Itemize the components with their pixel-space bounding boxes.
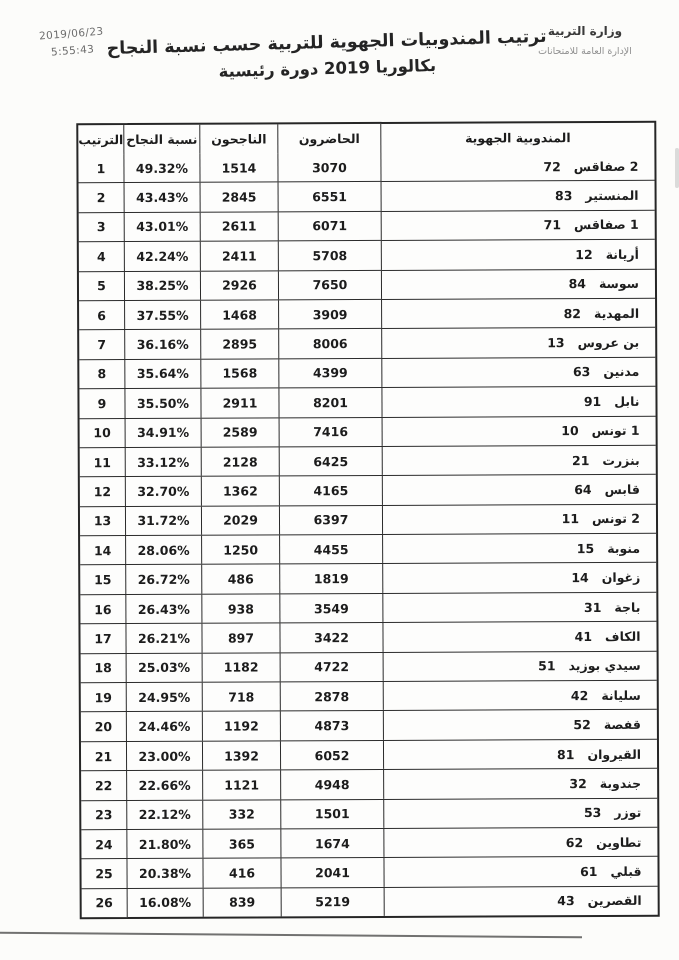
success-rate-cell: 21.80% (126, 830, 202, 859)
present-count-cell: 4165 (279, 476, 382, 505)
header-passed: الناجحون (199, 124, 277, 153)
delegation-code: 63 (573, 364, 590, 379)
present-count-cell: 3909 (278, 300, 381, 329)
table-body: 1 49.32% 1514 3070 72 صفاقس ‎2 2 43.43% … (78, 152, 657, 918)
delegation-name: أريانة (606, 247, 639, 262)
table-row: 13 31.72% 2029 6397 11 تونس ‎2 (80, 503, 656, 535)
delegation-code: 62 (566, 835, 583, 850)
delegation-code: 41 (575, 629, 592, 644)
delegation-cell: 15 منوبة (382, 534, 656, 564)
table-row: 8 35.64% 1568 4399 63 مدنين (79, 356, 655, 388)
delegation-code: 10 (561, 423, 578, 438)
success-rate-cell: 36.16% (124, 330, 200, 359)
rank-cell: 11 (80, 448, 125, 477)
header-delegation: المندوبية الجهوية (380, 123, 654, 153)
success-rate-cell: 35.50% (124, 389, 200, 418)
table-header-row: الترتيب نسبة النجاح الناجحون الحاضرون ال… (78, 123, 654, 155)
present-count-cell: 4722 (280, 653, 383, 682)
present-count-cell: 6052 (280, 741, 383, 770)
delegation-code: 11 (562, 511, 579, 526)
present-count-cell: 4455 (279, 535, 382, 564)
success-rate-cell: 28.06% (125, 536, 201, 565)
delegation-name: سليانة (601, 688, 641, 703)
rank-cell: 22 (81, 771, 126, 800)
present-count-cell: 1501 (280, 800, 383, 829)
present-count-cell: 6071 (278, 212, 381, 241)
table-row: 2 43.43% 2845 6551 83 المنستير (79, 180, 655, 212)
rank-cell: 12 (80, 477, 125, 506)
rank-cell: 14 (80, 536, 125, 565)
passed-count-cell: 1468 (200, 300, 278, 329)
success-rate-cell: 16.08% (127, 888, 203, 917)
rank-cell: 5 (79, 272, 124, 301)
delegation-code: 12 (575, 247, 592, 262)
table-row: 19 24.95% 718 2878 42 سليانة (81, 680, 657, 712)
delegation-name: نابل (614, 394, 639, 409)
passed-count-cell: 416 (202, 859, 280, 888)
table-row: 7 36.16% 2895 8006 13 بن عروس (79, 327, 655, 359)
passed-count-cell: 332 (202, 800, 280, 829)
table-row: 1 49.32% 1514 3070 72 صفاقس ‎2 (78, 152, 654, 183)
delegation-name: الكاف (605, 629, 641, 644)
present-count-cell: 4948 (280, 770, 383, 799)
delegation-name: سوسة (599, 276, 639, 291)
delegation-code: 15 (577, 541, 594, 556)
header-rank: الترتيب (78, 125, 123, 154)
delegation-code: 13 (547, 335, 564, 350)
success-rate-cell: 22.12% (126, 800, 202, 829)
rank-cell: 3 (79, 213, 124, 242)
table-row: 4 42.24% 2411 5708 12 أريانة (79, 239, 655, 271)
success-rate-cell: 35.64% (124, 359, 200, 388)
delegation-cell: 21 بنزرت (382, 446, 656, 476)
passed-count-cell: 1568 (200, 359, 278, 388)
delegation-code: 53 (584, 805, 601, 820)
rank-cell: 24 (81, 830, 126, 859)
passed-count-cell: 718 (202, 682, 280, 711)
present-count-cell: 1674 (280, 829, 383, 858)
passed-count-cell: 1514 (199, 153, 277, 182)
delegation-cell: 53 توزر (383, 798, 657, 828)
delegation-code: 42 (571, 688, 588, 703)
delegation-cell: 32 جندوبة (383, 769, 657, 799)
delegation-cell: 83 المنستير (381, 181, 655, 211)
rank-cell: 9 (79, 389, 124, 418)
rank-cell: 15 (80, 566, 125, 595)
table-row: 20 24.46% 1192 4873 52 قفصة (81, 709, 657, 741)
delegation-cell: 31 باجة (382, 593, 656, 623)
delegation-name: بن عروس (578, 335, 640, 350)
delegation-name: صفاقس ‎2 (574, 159, 639, 174)
table-row: 16 26.43% 938 3549 31 باجة (80, 592, 656, 624)
scan-artifact-line (0, 932, 582, 939)
passed-count-cell: 1121 (202, 771, 280, 800)
delegation-cell: 13 بن عروس (381, 328, 655, 358)
delegation-name: تونس ‎1 (592, 423, 640, 438)
delegation-cell: 41 الكاف (382, 622, 656, 652)
present-count-cell: 8201 (278, 388, 381, 417)
delegation-name: قفصة (604, 717, 641, 732)
delegation-code: 32 (569, 776, 586, 791)
table-row: 25 20.38% 416 2041 61 قبلي (81, 856, 657, 888)
scanned-document-page: 2019/06/23 5:55:43 وزارة التربية الإدارة… (0, 0, 679, 960)
delegation-cell: 11 تونس ‎2 (382, 504, 656, 534)
document-title: ترتيب المندوبيات الجهوية للتربية حسب نسب… (94, 24, 559, 88)
table-row: 18 25.03% 1182 4722 51 سيدي بوزيد (81, 650, 657, 682)
present-count-cell: 6551 (278, 182, 381, 211)
delegation-name: منوبة (607, 541, 640, 556)
delegation-cell: 91 نابل (381, 387, 655, 417)
delegation-name: القصرين (588, 893, 642, 908)
present-count-cell: 4873 (280, 711, 383, 740)
delegation-code: 21 (572, 453, 589, 468)
delegation-name: تونس ‎2 (592, 511, 640, 526)
table-row: 3 43.01% 2611 6071 71 صفاقس ‎1 (79, 210, 655, 242)
present-count-cell: 3070 (277, 153, 380, 182)
success-rate-cell: 42.24% (124, 242, 200, 271)
success-rate-cell: 26.21% (125, 624, 201, 653)
delegation-cell: 71 صفاقس ‎1 (381, 211, 655, 241)
passed-count-cell: 1192 (202, 712, 280, 741)
rank-cell: 13 (80, 507, 125, 536)
success-rate-cell: 26.43% (125, 595, 201, 624)
rank-cell: 26 (82, 889, 127, 918)
delegation-name: قابس (605, 482, 640, 497)
delegation-name: القيروان (587, 746, 641, 761)
table-row: 15 26.72% 486 1819 14 زغوان (80, 562, 656, 594)
delegation-name: المهدية (594, 305, 639, 320)
delegation-name: قبلي (610, 864, 641, 879)
success-rate-cell: 25.03% (126, 653, 202, 682)
delegation-code: 61 (580, 864, 597, 879)
passed-count-cell: 2411 (200, 242, 278, 271)
rank-cell: 6 (79, 301, 124, 330)
delegation-cell: 63 مدنين (381, 357, 655, 387)
delegation-cell: 84 سوسة (381, 269, 655, 299)
delegation-name: المنستير (585, 188, 638, 203)
present-count-cell: 6397 (279, 506, 382, 535)
passed-count-cell: 839 (203, 888, 281, 917)
delegation-cell: 10 تونس ‎1 (382, 416, 656, 446)
delegation-code: 43 (557, 894, 574, 909)
table-row: 26 16.08% 839 5219 43 القصرين (82, 886, 658, 918)
table-row: 23 22.12% 332 1501 53 توزر (81, 797, 657, 829)
success-rate-cell: 24.46% (126, 712, 202, 741)
rank-cell: 8 (79, 360, 124, 389)
success-rate-cell: 26.72% (125, 565, 201, 594)
table-row: 22 22.66% 1121 4948 32 جندوبة (81, 768, 657, 800)
delegation-code: 71 (544, 218, 561, 233)
delegation-cell: 42 سليانة (383, 681, 657, 711)
present-count-cell: 3422 (279, 623, 382, 652)
passed-count-cell: 2911 (200, 389, 278, 418)
passed-count-cell: 1250 (201, 535, 279, 564)
present-count-cell: 6425 (279, 447, 382, 476)
delegation-code: 82 (564, 306, 581, 321)
delegation-code: 64 (574, 482, 591, 497)
delegation-code: 31 (584, 600, 601, 615)
passed-count-cell: 1362 (201, 477, 279, 506)
delegation-cell: 51 سيدي بوزيد (383, 651, 657, 681)
success-rate-cell: 37.55% (124, 301, 200, 330)
success-rate-cell: 43.01% (124, 213, 200, 242)
passed-count-cell: 2128 (201, 447, 279, 476)
table-row: 9 35.50% 2911 8201 91 نابل (79, 386, 655, 418)
present-count-cell: 4399 (278, 359, 381, 388)
delegation-code: 91 (584, 394, 601, 409)
delegation-cell: 12 أريانة (381, 240, 655, 270)
rank-cell: 21 (81, 742, 126, 771)
delegation-code: 72 (543, 159, 560, 174)
table-row: 24 21.80% 365 1674 62 تطاوين (81, 827, 657, 859)
delegation-name: زغوان (602, 570, 641, 585)
ranking-table: الترتيب نسبة النجاح الناجحون الحاضرون ال… (76, 121, 659, 920)
delegation-code: 83 (555, 188, 572, 203)
header-present: الحاضرون (277, 124, 380, 153)
present-count-cell: 3549 (279, 594, 382, 623)
passed-count-cell: 897 (201, 624, 279, 653)
table-row: 21 23.00% 1392 6052 81 القيروان (81, 739, 657, 771)
rank-cell: 19 (81, 683, 126, 712)
rank-cell: 23 (81, 801, 126, 830)
success-rate-cell: 31.72% (125, 506, 201, 535)
delegation-name: مدنين (603, 364, 639, 379)
rank-cell: 20 (81, 712, 126, 741)
delegation-code: 84 (569, 276, 586, 291)
success-rate-cell: 32.70% (125, 477, 201, 506)
passed-count-cell: 2589 (201, 418, 279, 447)
success-rate-cell: 23.00% (126, 742, 202, 771)
success-rate-cell: 33.12% (125, 448, 201, 477)
delegation-cell: 14 زغوان (382, 563, 656, 593)
present-count-cell: 5708 (278, 241, 381, 270)
passed-count-cell: 2611 (200, 212, 278, 241)
delegation-name: سيدي بوزيد (569, 658, 641, 673)
rank-cell: 7 (79, 330, 124, 359)
present-count-cell: 5219 (281, 888, 384, 917)
passed-count-cell: 2029 (201, 506, 279, 535)
delegation-code: 14 (571, 570, 588, 585)
table-row: 11 33.12% 2128 6425 21 بنزرت (80, 445, 656, 477)
passed-count-cell: 1392 (202, 741, 280, 770)
delegation-cell: 43 القصرين (384, 887, 658, 917)
passed-count-cell: 938 (201, 594, 279, 623)
present-count-cell: 7416 (279, 417, 382, 446)
present-count-cell: 7650 (278, 271, 381, 300)
table-row: 5 38.25% 2926 7650 84 سوسة (79, 268, 655, 300)
delegation-cell: 61 قبلي (383, 857, 657, 887)
present-count-cell: 2878 (280, 682, 383, 711)
present-count-cell: 1819 (279, 564, 382, 593)
success-rate-cell: 38.25% (124, 271, 200, 300)
rank-cell: 4 (79, 242, 124, 271)
delegation-cell: 72 صفاقس ‎2 (380, 152, 654, 182)
delegation-cell: 81 القيروان (383, 740, 657, 770)
delegation-code: 52 (573, 717, 590, 732)
table-row: 6 37.55% 1468 3909 82 المهدية (79, 298, 655, 330)
passed-count-cell: 365 (202, 829, 280, 858)
delegation-name: توزر (614, 805, 641, 820)
delegation-cell: 82 المهدية (381, 299, 655, 329)
rank-cell: 1 (78, 154, 123, 183)
rank-cell: 17 (80, 624, 125, 653)
delegation-name: تطاوين (596, 834, 641, 849)
table-row: 12 32.70% 1362 4165 64 قابس (80, 474, 656, 506)
rank-cell: 18 (81, 654, 126, 683)
delegation-code: 51 (538, 659, 555, 674)
passed-count-cell: 486 (201, 565, 279, 594)
present-count-cell: 8006 (278, 329, 381, 358)
passed-count-cell: 1182 (202, 653, 280, 682)
rank-cell: 25 (81, 859, 126, 888)
passed-count-cell: 2845 (200, 183, 278, 212)
table-row: 10 34.91% 2589 7416 10 تونس ‎1 (80, 415, 656, 447)
delegation-cell: 62 تطاوين (383, 828, 657, 858)
success-rate-cell: 22.66% (126, 771, 202, 800)
delegation-code: 81 (557, 747, 574, 762)
delegation-name: صفاقس ‎1 (574, 217, 639, 232)
success-rate-cell: 49.32% (123, 154, 199, 183)
rank-cell: 16 (80, 595, 125, 624)
success-rate-cell: 20.38% (126, 859, 202, 888)
passed-count-cell: 2926 (200, 271, 278, 300)
success-rate-cell: 34.91% (125, 418, 201, 447)
delegation-name: جندوبة (600, 776, 641, 791)
rank-cell: 10 (80, 419, 125, 448)
success-rate-cell: 43.43% (124, 183, 200, 212)
header-success-rate: نسبة النجاح (123, 125, 199, 154)
delegation-cell: 64 قابس (382, 475, 656, 505)
delegation-name: باجة (614, 599, 640, 614)
rank-cell: 2 (79, 183, 124, 212)
present-count-cell: 2041 (280, 858, 383, 887)
success-rate-cell: 24.95% (126, 683, 202, 712)
table-row: 14 28.06% 1250 4455 15 منوبة (80, 533, 656, 565)
passed-count-cell: 2895 (200, 330, 278, 359)
delegation-name: بنزرت (602, 452, 639, 467)
table-row: 17 26.21% 897 3422 41 الكاف (80, 621, 656, 653)
scan-artifact-smudge (675, 148, 679, 188)
delegation-cell: 52 قفصة (383, 710, 657, 740)
